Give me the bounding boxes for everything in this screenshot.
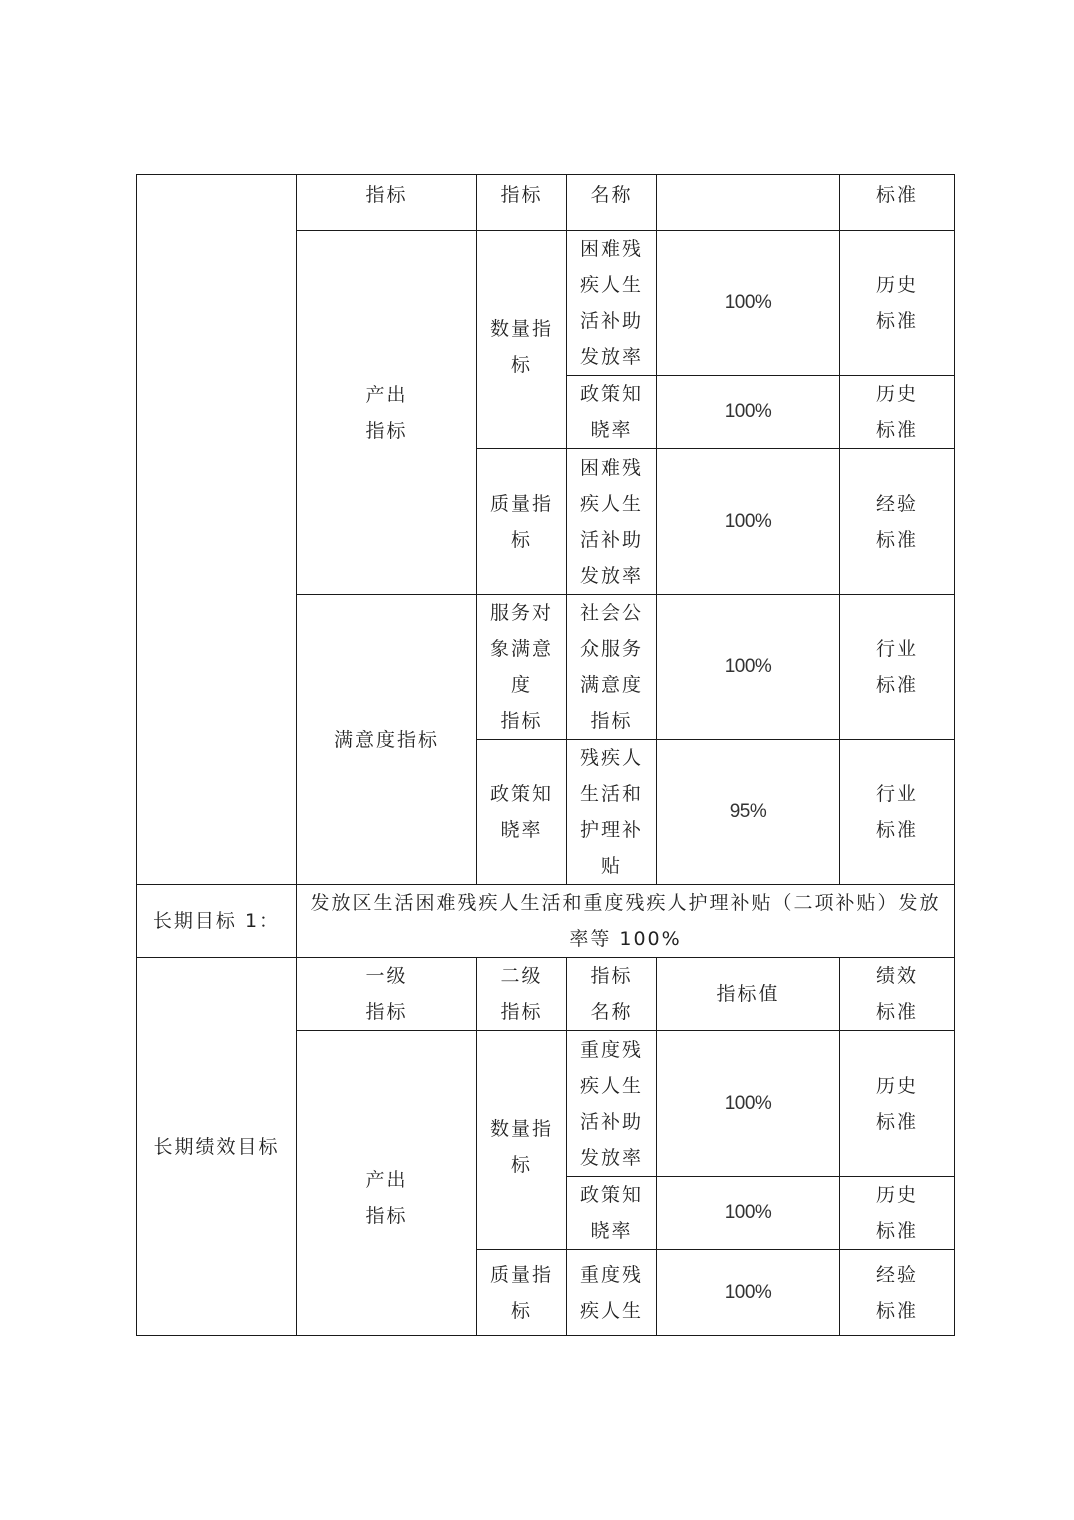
document-page: 指标 指标 名称 标准 产出 指标 数量指 标 困难残 疾人生 活补助 发放率 … xyxy=(0,0,1074,1520)
quantity-indicator-label: 数量指 标 xyxy=(476,230,567,449)
indicator-value: 100% xyxy=(656,1249,840,1336)
indicator-value: 100% xyxy=(656,230,840,376)
indicator-standard: 行业 标准 xyxy=(839,739,955,885)
output-indicator-label: 产出 指标 xyxy=(296,1030,477,1336)
indicator-name: 残疾人 生活和 护理补 贴 xyxy=(566,739,657,885)
indicator-standard: 历史 标准 xyxy=(839,230,955,376)
long-term-goal-label: 长期目标 1： xyxy=(136,884,297,958)
indicator-standard: 经验 标准 xyxy=(839,1249,955,1336)
indicator-standard: 经验 标准 xyxy=(839,448,955,595)
indicator-value: 100% xyxy=(656,375,840,449)
satisfaction-level2: 政策知 晓率 xyxy=(476,739,567,885)
indicator-value: 100% xyxy=(656,1030,840,1177)
indicator-name: 政策知 晓率 xyxy=(566,375,657,449)
header-value xyxy=(656,174,840,231)
long-term-performance-label: 长期绩效目标 xyxy=(136,957,297,1336)
indicator-name: 政策知 晓率 xyxy=(566,1176,657,1250)
quality-indicator-label: 质量指 标 xyxy=(476,1249,567,1336)
header-level2: 二级 指标 xyxy=(476,957,567,1031)
satisfaction-level2: 服务对 象满意 度 指标 xyxy=(476,594,567,740)
header-standard: 标准 xyxy=(839,174,955,231)
indicator-name: 重度残 疾人生 活补助 发放率 xyxy=(566,1030,657,1177)
indicator-standard: 历史 标准 xyxy=(839,1176,955,1250)
output-indicator-label: 产出 指标 xyxy=(296,230,477,595)
header-name: 名称 xyxy=(566,174,657,231)
header-level2: 指标 xyxy=(476,174,567,231)
indicator-name: 困难残 疾人生 活补助 发放率 xyxy=(566,448,657,595)
indicator-standard: 行业 标准 xyxy=(839,594,955,740)
indicator-name: 社会公 众服务 满意度 指标 xyxy=(566,594,657,740)
long-term-goal-content: 发放区生活困难残疾人生活和重度残疾人护理补贴（二项补贴）发放率等 100% xyxy=(296,884,955,958)
indicator-name: 重度残 疾人生 xyxy=(566,1249,657,1336)
header-name: 指标 名称 xyxy=(566,957,657,1031)
header-level1: 一级 指标 xyxy=(296,957,477,1031)
indicator-value: 100% xyxy=(656,1176,840,1250)
header-level1: 指标 xyxy=(296,174,477,231)
indicator-standard: 历史 标准 xyxy=(839,1030,955,1177)
indicator-value: 100% xyxy=(656,594,840,740)
header-standard: 绩效 标准 xyxy=(839,957,955,1031)
header-value: 指标值 xyxy=(656,957,840,1031)
indicator-standard: 历史 标准 xyxy=(839,375,955,449)
quality-indicator-label: 质量指 标 xyxy=(476,448,567,595)
indicator-value: 95% xyxy=(656,739,840,885)
section1-side-cell xyxy=(136,174,297,885)
indicator-value: 100% xyxy=(656,448,840,595)
quantity-indicator-label: 数量指 标 xyxy=(476,1030,567,1250)
satisfaction-indicator-label: 满意度指标 xyxy=(296,594,477,885)
indicator-name: 困难残 疾人生 活补助 发放率 xyxy=(566,230,657,376)
